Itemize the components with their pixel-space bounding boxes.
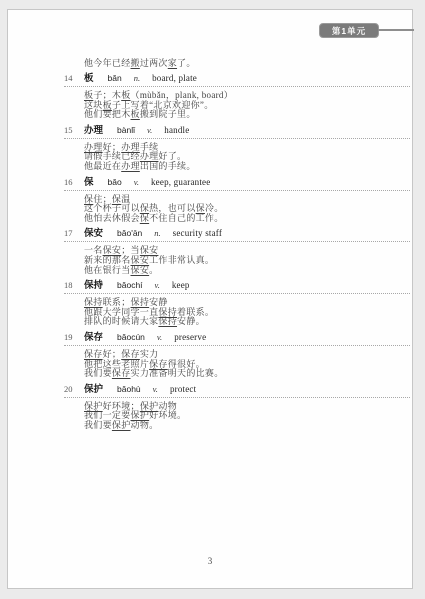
entry-number: 16 (64, 177, 84, 188)
entry-number: 19 (64, 332, 84, 343)
entry-headword: 保持 (84, 280, 103, 291)
target-word-underlined: 搬 (131, 58, 140, 68)
dotted-divider (64, 397, 410, 398)
entry-pinyin: bǎo'ān (117, 228, 142, 239)
entry-head-row: 14 板 bǎn n. board, plate (64, 73, 410, 84)
entry-definition: protect (170, 384, 196, 395)
dotted-divider (64, 138, 410, 139)
example-text: 他在银行当 (84, 265, 131, 275)
target-word-underlined: 家 (168, 58, 177, 68)
dotted-divider (64, 293, 410, 294)
example-text: 好了。 (158, 151, 186, 161)
vocab-entry: 20 保护 bǎohù v. protect 保护好环境；保护动物我们一定要保护… (64, 384, 410, 431)
example-text: 好环境。 (149, 410, 186, 420)
target-word-underlined: 保安 (131, 255, 150, 265)
entry-pinyin: bǎn (108, 73, 122, 84)
vocab-list: 他今年已经搬过两次家了。 14 板 bǎn n. board, plate 板子… (64, 58, 410, 430)
example-text: 过两次 (140, 58, 168, 68)
target-word-underlined: 办理 (140, 151, 159, 161)
example-text: 。 (149, 265, 158, 275)
entry-examples: 保持联系；保持安静他跟大学同学一直保持着联系。排队的时候请大家保持安静。 (64, 298, 410, 327)
example-text: 他们要把木 (84, 109, 131, 119)
example-line: 他怕去休假会保不住自己的工作。 (64, 214, 410, 224)
entry-pinyin: bǎocún (117, 332, 145, 343)
entry-part-of-speech: n. (154, 228, 160, 239)
dotted-divider (64, 241, 410, 242)
entry-headword: 办理 (84, 125, 103, 136)
entry-definition: board, plate (152, 73, 197, 84)
entry-headword: 保 (84, 177, 94, 188)
target-word-underlined: 保持 (84, 297, 103, 307)
example-text: 了。 (177, 58, 196, 68)
page-number: 3 (8, 556, 412, 566)
example-text: 联系； (103, 297, 131, 307)
entry-definition: handle (164, 125, 189, 136)
example-text: 实力 (140, 349, 159, 359)
unit-badge: 第1单元 (319, 23, 379, 38)
entry-pinyin: bǎohù (117, 384, 141, 395)
example-text: 这个杯子可以 (84, 203, 140, 213)
entry-number: 14 (64, 73, 84, 84)
example-line: 他在银行当保安。 (64, 266, 410, 276)
target-word-underlined: 保 (140, 213, 149, 223)
entry-head-row: 20 保护 bǎohù v. protect (64, 384, 410, 395)
entry-head-row: 17 保安 bǎo'ān n. security staff (64, 228, 410, 239)
dotted-divider (64, 86, 410, 87)
target-word-underlined: 保持 (131, 297, 150, 307)
example-text: 冷。 (205, 203, 224, 213)
entry-number: 20 (64, 384, 84, 395)
example-text: 好； (103, 349, 122, 359)
target-word-underlined: 保 (140, 203, 149, 213)
entry-definition: keep (172, 280, 190, 291)
example-line: 他最近在办理出国的手续。 (64, 162, 410, 172)
entry-head-row: 18 保持 bǎochí v. keep (64, 280, 410, 291)
entry-examples: 一名保安；当保安新来的那名保安工作非常认真。他在银行当保安。 (64, 246, 410, 275)
example-text: 排队的时候请大家 (84, 316, 158, 326)
example-text: （mùbǎn，plank, board） (131, 90, 233, 100)
dotted-divider (64, 190, 410, 191)
entry-part-of-speech: v. (147, 125, 152, 136)
entry-number: 18 (64, 280, 84, 291)
entry-definition: keep, guarantee (151, 177, 210, 188)
target-word-underlined: 板 (121, 90, 130, 100)
example-text: 不住自己的工作。 (149, 213, 223, 223)
entry-number: 15 (64, 125, 84, 136)
target-word-underlined: 保存 (112, 368, 131, 378)
example-text: 得很好。 (168, 359, 205, 369)
example-text: 他把这些老照片 (84, 359, 149, 369)
entry-pinyin: bǎochí (117, 280, 143, 291)
entry-definition: preserve (174, 332, 206, 343)
target-word-underlined: 办理 (121, 161, 140, 171)
entries-container: 14 板 bǎn n. board, plate 板子；木板（mùbǎn，pla… (64, 73, 410, 430)
entry-headword: 板 (84, 73, 94, 84)
target-word-underlined: 保安 (140, 245, 159, 255)
entry-part-of-speech: n. (134, 73, 140, 84)
example-line: 排队的时候请大家保持安静。 (64, 317, 410, 327)
target-word-underlined: 保安 (131, 265, 150, 275)
vocab-entry: 17 保安 bǎo'ān n. security staff 一名保安；当保安新… (64, 228, 410, 275)
vocab-entry: 16 保 bǎo v. keep, guarantee 保住；保温这个杯子可以保… (64, 177, 410, 224)
entry-examples: 保住；保温这个杯子可以保热，也可以保冷。他怕去休假会保不住自己的工作。 (64, 195, 410, 224)
dotted-divider (64, 345, 410, 346)
vocab-entry: 15 办理 bànlǐ v. handle 办理好；办理手续请假手续已经办理好了… (64, 125, 410, 172)
entry-part-of-speech: v. (134, 177, 139, 188)
target-word-underlined: 保护 (131, 410, 150, 420)
target-word-underlined: 保护 (112, 420, 131, 430)
entry-examples: 保护好环境；保护动物我们一定要保护好环境。我们要保护动物。 (64, 402, 410, 431)
vocab-entry: 18 保持 bǎochí v. keep 保持联系；保持安静他跟大学同学一直保持… (64, 280, 410, 327)
entry-headword: 保安 (84, 228, 103, 239)
example-text: 热，也可以 (149, 203, 196, 213)
entry-number: 17 (64, 228, 84, 239)
entry-head-row: 16 保 bǎo v. keep, guarantee (64, 177, 410, 188)
example-text: 我们要 (84, 368, 112, 378)
target-word-underlined: 板 (84, 90, 93, 100)
entry-head-row: 19 保存 bǎocún v. preserve (64, 332, 410, 343)
target-word-underlined: 保存 (149, 359, 168, 369)
target-word-underlined: 保 (196, 203, 205, 213)
example-text: 搬到院子里。 (140, 109, 196, 119)
example-line: 我们要保护动物。 (64, 421, 410, 431)
book-page: 第1单元 他今年已经搬过两次家了。 14 板 bǎn n. board, pla… (7, 9, 413, 589)
entry-headword: 保存 (84, 332, 103, 343)
example-text: 他怕去休假会 (84, 213, 140, 223)
entry-headword: 保护 (84, 384, 103, 395)
entry-pinyin: bǎo (108, 177, 122, 188)
example-text: 他今年已经 (84, 58, 131, 68)
example-text: ；当 (121, 245, 140, 255)
example-text: 子；木 (93, 90, 121, 100)
entry-examples: 办理好；办理手续请假手续已经办理好了。他最近在办理出国的手续。 (64, 143, 410, 172)
example-text: 出国的手续。 (140, 161, 196, 171)
example-text: 工作非常认真。 (149, 255, 214, 265)
example-line: 他们要把木板搬到院子里。 (64, 110, 410, 120)
target-word-underlined: 保存 (84, 349, 103, 359)
header-rule (378, 29, 414, 31)
example-text: 请假手续已经 (84, 151, 140, 161)
example-text: 他最近在 (84, 161, 121, 171)
entry-examples: 保存好；保存实力他把这些老照片保存得很好。我们要保存实力准备明天的比赛。 (64, 350, 410, 379)
example-text: 新来的那名 (84, 255, 131, 265)
entry-part-of-speech: v. (155, 280, 160, 291)
example-text: 一名 (84, 245, 103, 255)
example-text: 动物。 (131, 420, 159, 430)
entry-part-of-speech: v. (153, 384, 158, 395)
vocab-entry: 19 保存 bǎocún v. preserve 保存好；保存实力他把这些老照片… (64, 332, 410, 379)
entry-part-of-speech: v. (157, 332, 162, 343)
carryover-example-line: 他今年已经搬过两次家了。 (64, 58, 410, 68)
target-word-underlined: 保安 (103, 245, 122, 255)
entry-pinyin: bànlǐ (117, 125, 135, 136)
target-word-underlined: 保持 (158, 316, 177, 326)
entry-head-row: 15 办理 bànlǐ v. handle (64, 125, 410, 136)
entry-definition: security staff (173, 228, 222, 239)
example-text: 安静。 (177, 316, 205, 326)
entry-examples: 板子；木板（mùbǎn，plank, board）这块板子上写着“北京欢迎你”。… (64, 91, 410, 120)
example-text: 安静 (149, 297, 168, 307)
target-word-underlined: 板 (131, 109, 140, 119)
example-line: 我们要保存实力准备明天的比赛。 (64, 369, 410, 379)
example-text: 我们一定要 (84, 410, 131, 420)
example-text: 实力准备明天的比赛。 (131, 368, 224, 378)
example-text: 我们要 (84, 420, 112, 430)
target-word-underlined: 保存 (121, 349, 140, 359)
vocab-entry: 14 板 bǎn n. board, plate 板子；木板（mùbǎn，pla… (64, 73, 410, 120)
